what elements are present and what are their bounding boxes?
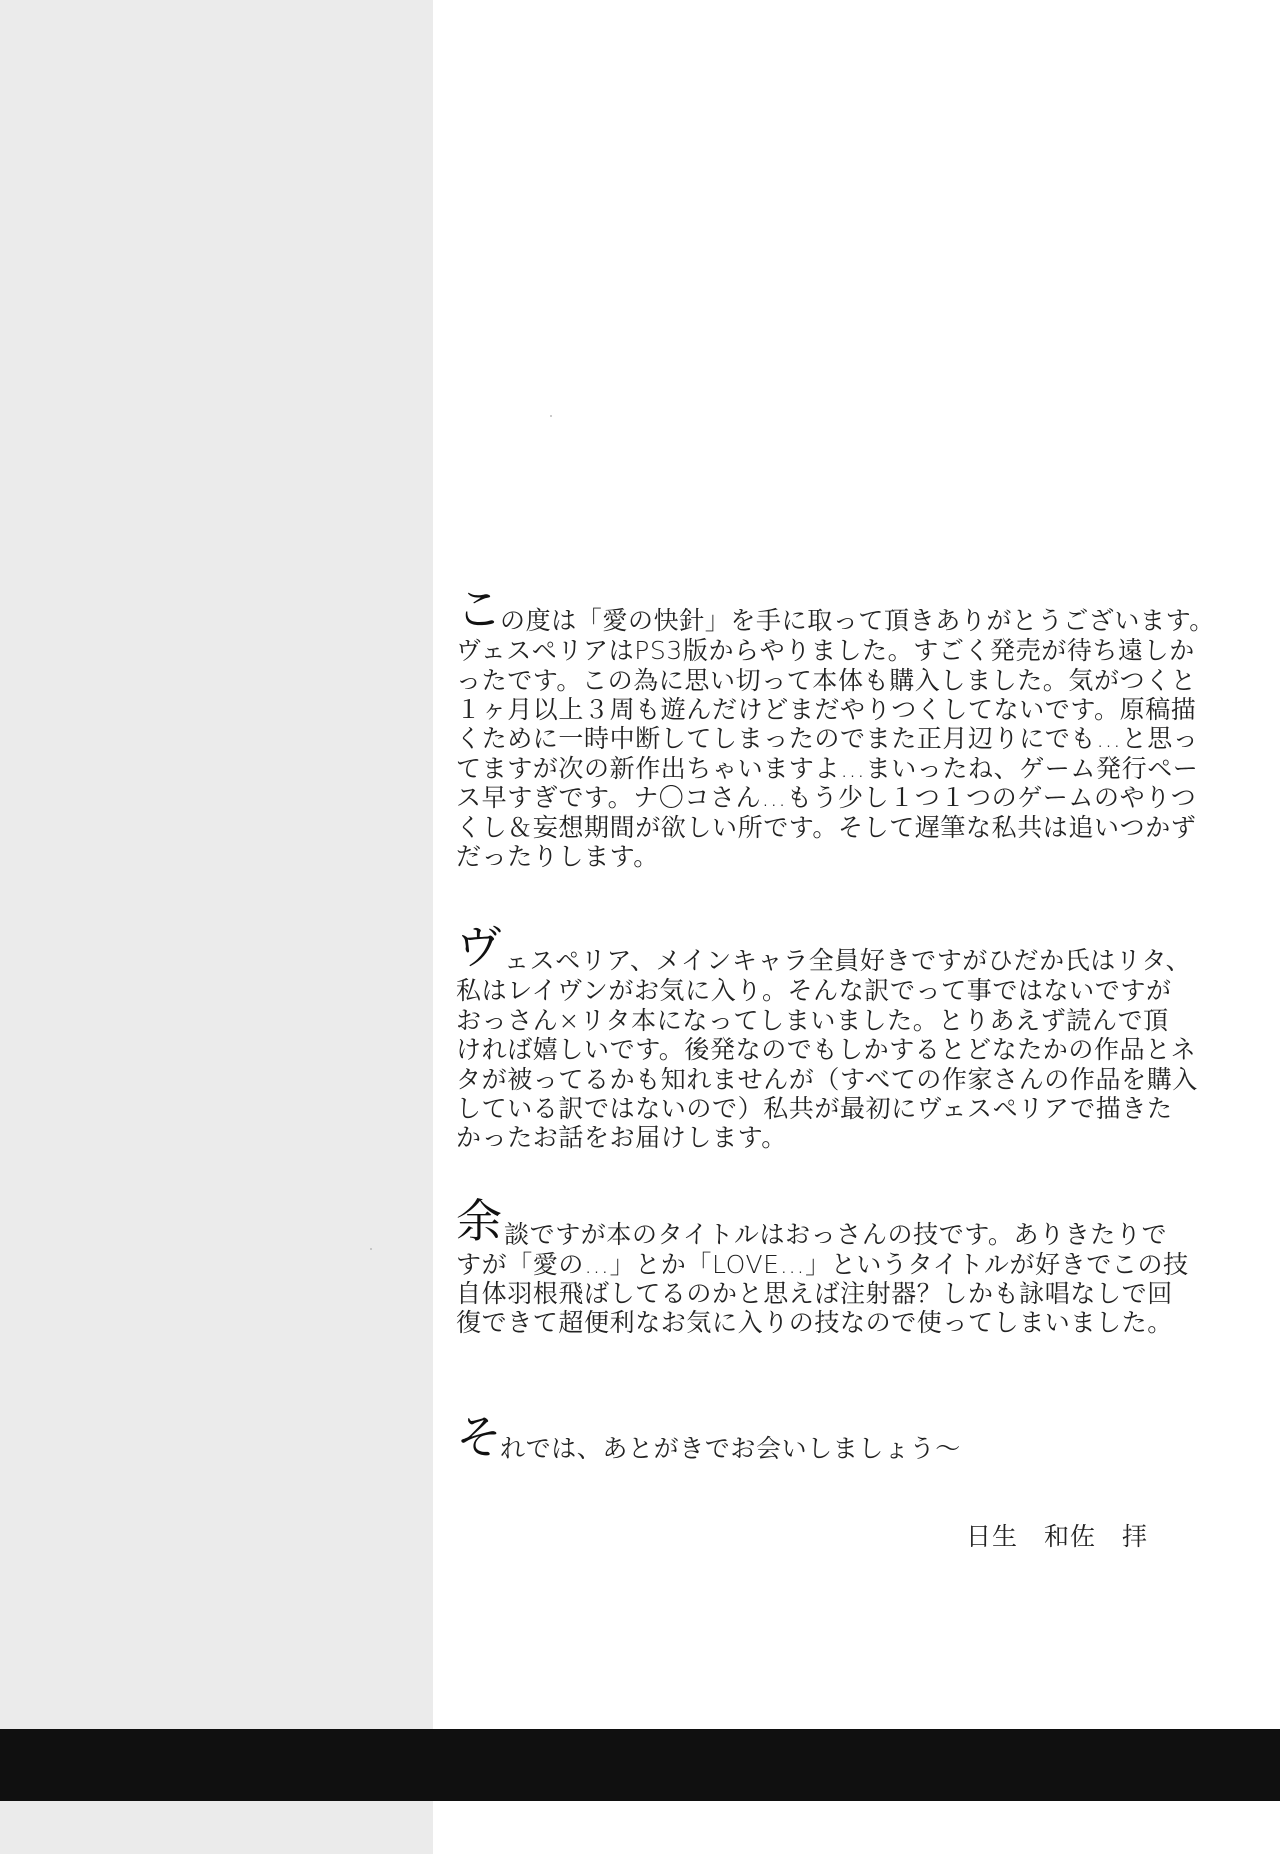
dropcap: こ bbox=[456, 586, 502, 632]
text-line: の度は「愛の快針」を手に取って頂きありがとうございます。 bbox=[500, 606, 1215, 636]
text-line: ヴェスペリアはPS3版からやりました。すごく発売が待ち遠しか bbox=[456, 636, 1195, 666]
dropcap: そ bbox=[456, 1414, 502, 1460]
author-signature: 日生 和佐 拝 bbox=[966, 1522, 1148, 1552]
text-line: くし＆妄想期間が欲しい所です。そして遅筆な私共は追いつかず bbox=[456, 813, 1196, 843]
text-line: だったりします。 bbox=[456, 842, 659, 872]
text-line: 談ですが本のタイトルはおっさんの技です。ありきたりで bbox=[504, 1220, 1167, 1250]
paper-speck bbox=[370, 1248, 372, 1250]
text-line: 復できて超便利なお気に入りの技なので使ってしまいました。 bbox=[456, 1308, 1173, 1338]
text-line: 自体羽根飛ばしてるのかと思えば注射器？しかも詠唱なしで回 bbox=[456, 1279, 1173, 1309]
text-line: している訳ではないので）私共が最初にヴェスペリアで描きた bbox=[456, 1094, 1173, 1124]
text-line: ったです。この為に思い切って本体も購入しました。気がつくと bbox=[456, 666, 1196, 696]
text-line: 私はレイヴンがお気に入り。そんな訳でって事ではないですが bbox=[456, 976, 1172, 1006]
text-line: ければ嬉しいです。後発なのでもしかするとどなたかの作品とネ bbox=[456, 1035, 1196, 1065]
text-line: すが「愛の…」とか「LOVE…」というタイトルが好きでこの技 bbox=[456, 1250, 1189, 1280]
text-line: ェスペリア、メインキャラ全員好きですがひだか氏はリタ、 bbox=[504, 946, 1191, 976]
dropcap: ヴ bbox=[456, 924, 502, 970]
text-line: １ヶ月以上３周も遊んだけどまだやりつくしてないです。原稿描 bbox=[456, 695, 1196, 725]
text-line: タが被ってるかも知れませんが（すべての作家さんの作品を購入 bbox=[456, 1065, 1198, 1095]
text-line: くために一時中断してしまったのでまた正月辺りにでも…と思っ bbox=[456, 724, 1198, 754]
bottom-black-band bbox=[0, 1729, 1280, 1801]
text-line: ス早すぎです。ナ〇コさん…もう少し１つ１つのゲームのやりつ bbox=[456, 783, 1196, 813]
text-line: かったお話をお届けします。 bbox=[456, 1123, 787, 1153]
text-line: てますが次の新作出ちゃいますよ…まいったね、ゲーム発行ペー bbox=[456, 754, 1198, 784]
paper-speck bbox=[550, 415, 552, 417]
text-line: おっさん×リタ本になってしまいました。とりあえず読んで頂 bbox=[456, 1006, 1169, 1036]
left-grey-panel bbox=[0, 0, 433, 1854]
dropcap: 余 bbox=[456, 1198, 502, 1244]
text-line: れでは、あとがきでお会いしましょう～ bbox=[500, 1434, 961, 1464]
